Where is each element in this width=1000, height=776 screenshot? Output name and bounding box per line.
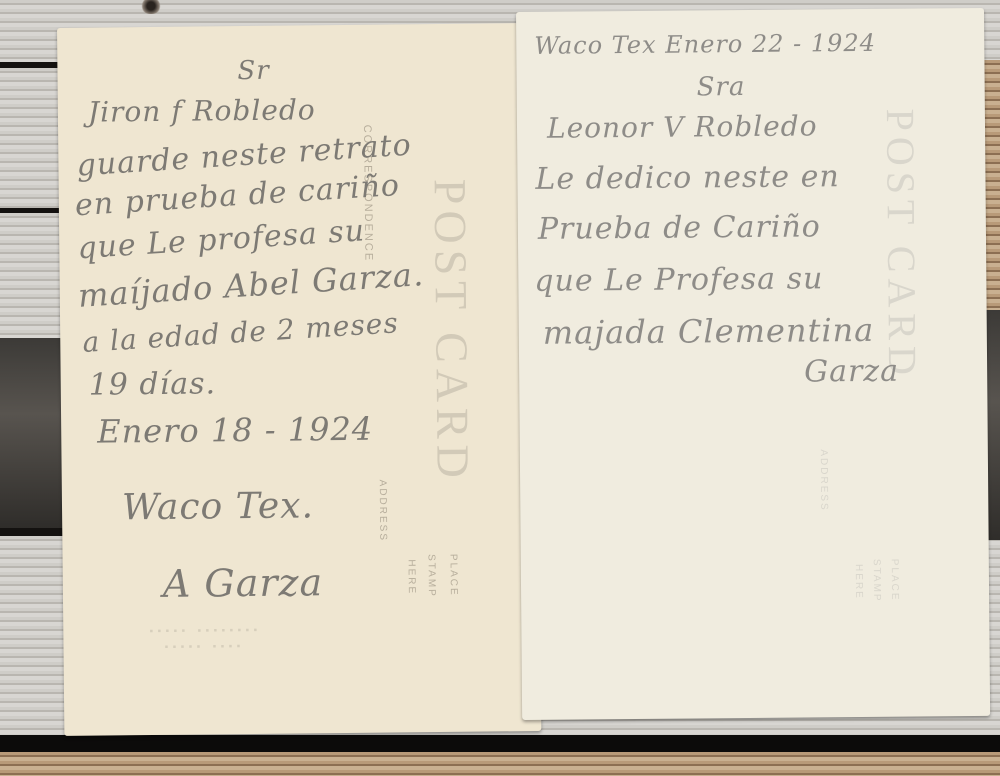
handwriting-line: Garza xyxy=(804,354,899,390)
handwriting-line: 19 días. xyxy=(89,366,217,402)
card-shadow xyxy=(0,735,1000,753)
handwriting-line: que Le Profesa su xyxy=(534,261,823,299)
handwriting-line: maíjado Abel Garza. xyxy=(77,255,425,315)
handwriting-line: Le dedico neste en xyxy=(535,159,840,197)
address-print: ADDRESS xyxy=(377,480,389,542)
handwriting-line: Sra xyxy=(697,72,746,102)
embossed-studio-mark: ▪▪▪▪▪ ▪▪▪▪▪▪▪▪ xyxy=(148,626,260,638)
handwriting-line: Waco Tex. xyxy=(122,485,314,528)
stamp-box-stamp: STAMP xyxy=(426,554,437,598)
handwriting-line: Jiron f Robledo xyxy=(88,93,316,128)
handwriting-line: majada Clementina xyxy=(543,311,875,352)
stamp-box-here: HERE xyxy=(406,559,417,595)
postcard-title-print: POST CARD xyxy=(877,108,926,381)
postcard-left: POST CARD CORRESPONDENCE ADDRESS PLACE S… xyxy=(57,23,541,736)
handwriting-line: Enero 18 - 1924 xyxy=(97,410,373,451)
handwriting-line: que Le profesa su xyxy=(76,213,366,266)
stamp-box-here: HERE xyxy=(853,564,864,600)
stamp-box-stamp: STAMP xyxy=(871,559,882,603)
handwriting-line: Leonor V Robledo xyxy=(547,109,818,144)
handwriting-line: a la edad de 2 meses xyxy=(81,306,399,359)
stamp-box-place: PLACE xyxy=(889,559,900,602)
wood-plank-bottom xyxy=(0,752,1000,776)
handwriting-line: Prueba de Cariño xyxy=(538,209,821,246)
stamp-box-place: PLACE xyxy=(448,554,459,597)
handwriting-line: Sr xyxy=(237,56,270,86)
postcard-right: POST CARD ADDRESS PLACE STAMP HERE Waco … xyxy=(516,8,990,720)
handwriting-line: A Garza xyxy=(163,560,324,606)
postcard-title-print: POST CARD xyxy=(424,179,480,485)
address-print: ADDRESS xyxy=(818,449,830,511)
embossed-studio-mark: ▪▪▪▪▪ ▪▪▪▪ xyxy=(163,642,243,654)
handwriting-line: Waco Tex Enero 22 - 1924 xyxy=(534,29,876,60)
